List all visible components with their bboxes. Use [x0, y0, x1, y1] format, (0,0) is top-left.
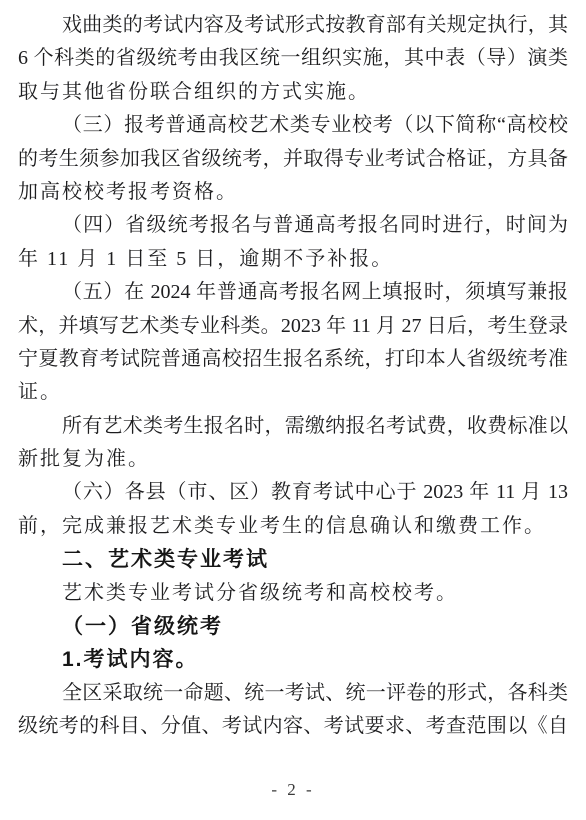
text-line: 全区采取统一命题、统一考试、统一评卷的形式，各科类省	[18, 677, 568, 710]
text-line: 取与其他省份联合组织的方式实施。	[18, 76, 568, 109]
text-line: 戏曲类的考试内容及考试形式按教育部有关规定执行，其他	[18, 9, 568, 42]
text-line: 术，并填写艺术类专业科类。2023 年 11 月 27 日后，考生登录	[18, 310, 568, 343]
text-line: 的考生须参加我区省级统考，并取得专业考试合格证，方具备参	[18, 143, 568, 176]
document-body: 戏曲类的考试内容及考试形式按教育部有关规定执行，其他6 个科类的省级统考由我区统…	[18, 9, 568, 744]
section-heading: （一）省级统考	[18, 610, 568, 643]
section-heading: 1.考试内容。	[18, 643, 568, 676]
document-page: 戏曲类的考试内容及考试形式按教育部有关规定执行，其他6 个科类的省级统考由我区统…	[0, 0, 586, 820]
text-line: 艺术类专业考试分省级统考和高校校考。	[18, 577, 568, 610]
text-line: 级统考的科目、分值、考试内容、考试要求、考查范围以《自治	[18, 710, 568, 743]
text-line: 前，完成兼报艺术类专业考生的信息确认和缴费工作。	[18, 510, 568, 543]
text-line: （五）在 2024 年普通高考报名网上填报时，须填写兼报艺	[18, 276, 568, 309]
section-heading: 二、艺术类专业考试	[18, 543, 568, 576]
text-line: 新批复为准。	[18, 443, 568, 476]
page-number: - 2 -	[0, 779, 586, 801]
text-line: 宁夏教育考试院普通高校招生报名系统，打印本人省级统考准考	[18, 343, 568, 376]
text-line: 证。	[18, 376, 568, 409]
text-line: （三）报考普通高校艺术类专业校考（以下简称“高校校考”）	[18, 109, 568, 142]
text-line: （四）省级统考报名与普通高考报名同时进行，时间为 2023	[18, 209, 568, 242]
text-line: 所有艺术类考生报名时，需缴纳报名考试费，收费标准以最	[18, 410, 568, 443]
text-line: 6 个科类的省级统考由我区统一组织实施，其中表（导）演类采	[18, 42, 568, 75]
text-line: 加高校校考报考资格。	[18, 176, 568, 209]
text-line: （六）各县（市、区）教育考试中心于 2023 年 11 月 13 日	[18, 476, 568, 509]
text-line: 年 11 月 1 日至 5 日，逾期不予补报。	[18, 243, 568, 276]
